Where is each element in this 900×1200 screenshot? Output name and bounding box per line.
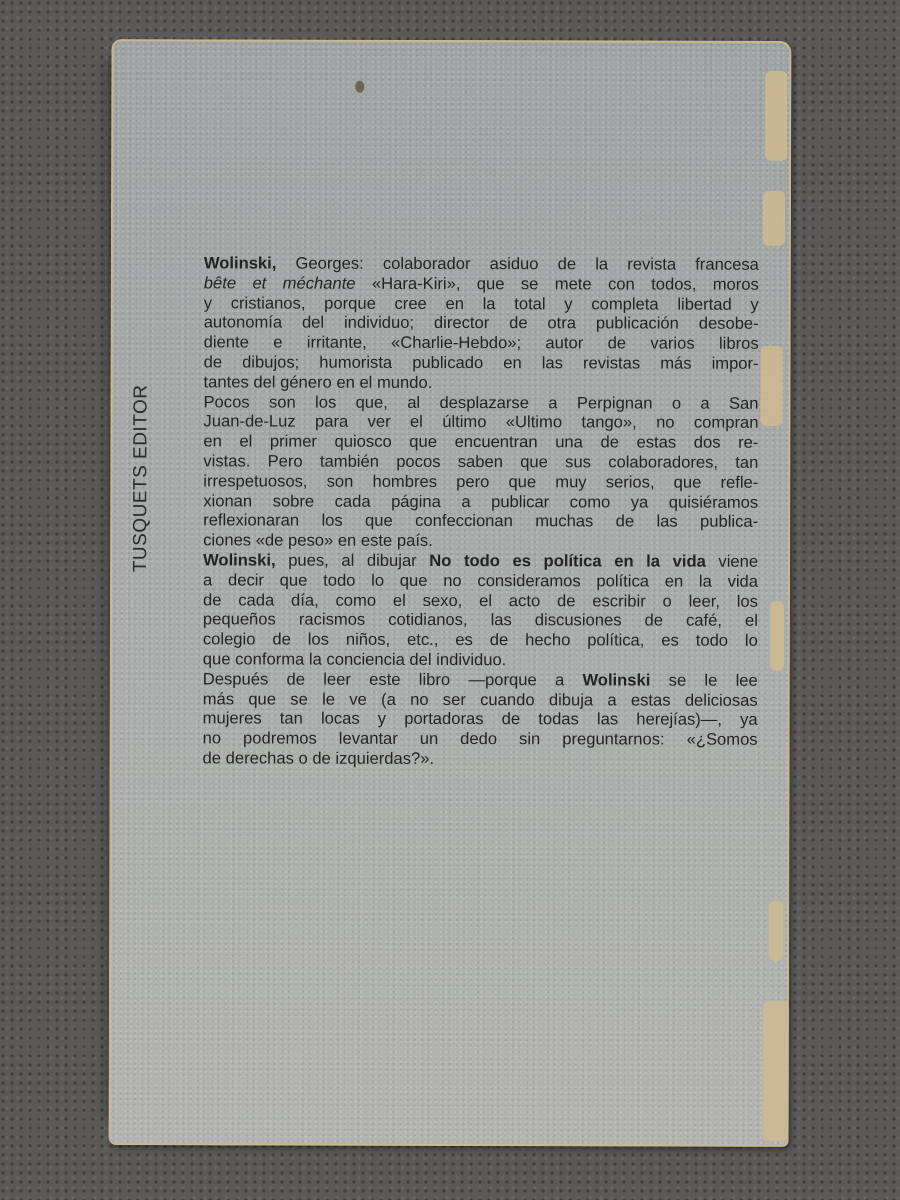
worn-edge [765, 71, 787, 161]
publisher-label: TUSQUETS EDITOR [130, 342, 153, 572]
blurb-line: irrespetuosos, son hombres pero que muy … [203, 471, 758, 492]
book-back-cover: TUSQUETS EDITOR Wolinski, Georges: colab… [109, 39, 792, 1147]
blurb-line: pequeños racismos cotidianos, las discus… [203, 610, 758, 631]
blurb-line: tantes del género en el mundo. [204, 372, 759, 393]
blurb-line: reflexionaran los que confeccionan mucha… [203, 511, 758, 532]
blurb-line: de derechas o de izquierdas?». [203, 748, 758, 769]
blurb-line: Pocos son los que, al desplazarse a Perp… [203, 392, 758, 413]
worn-edge [769, 901, 783, 961]
blurb-line: de cada día, como el sexo, el acto de es… [203, 590, 758, 611]
worn-edge [760, 346, 782, 426]
blurb-line: bête et méchante «Hara-Kiri», que se met… [204, 273, 759, 294]
blurb-line: a decir que todo lo que no consideramos … [203, 570, 758, 591]
cover-spot [355, 81, 364, 93]
blurb-line: xionan sobre cada página a publicar como… [203, 491, 758, 512]
blurb-line: de dibujos; humorista publicado en las r… [204, 352, 759, 373]
blurb-line: diente e irritante, «Charlie-Hebdo»; aut… [204, 333, 759, 354]
blurb-line: que conforma la conciencia del individuo… [203, 649, 758, 670]
blurb-line: más que se le ve (a no ser cuando dibuja… [203, 689, 758, 710]
blurb-line: y cristianos, porque cree en la total y … [204, 293, 759, 314]
blurb-line: autonomía del individuo; director de otr… [204, 313, 759, 334]
worn-edge [770, 601, 784, 671]
blurb-line: vistas. Pero también pocos saben que sus… [203, 451, 758, 472]
blurb-line: Wolinski, Georges: colaborador asiduo de… [204, 253, 759, 274]
blurb-line: no podremos levantar un dedo sin pregunt… [203, 728, 758, 749]
worn-edge [763, 191, 785, 246]
blurb-line: colegio de los niños, etc., es de hecho … [203, 629, 758, 650]
blurb-line: en el primer quiosco que encuentran una … [203, 432, 758, 453]
blurb-line: Después de leer este libro —porque a Wol… [203, 669, 758, 690]
blurb-line: ciones «de peso» en este país. [203, 531, 758, 552]
blurb-text: Wolinski, Georges: colaborador asiduo de… [203, 253, 759, 769]
blurb-line: mujeres tan locas y portadoras de todas … [203, 709, 758, 730]
blurb-line: Juan-de-Luz para ver el último «Ultimo t… [203, 412, 758, 433]
blurb-line: Wolinski, pues, al dibujar No todo es po… [203, 550, 758, 571]
worn-edge [763, 1001, 789, 1141]
